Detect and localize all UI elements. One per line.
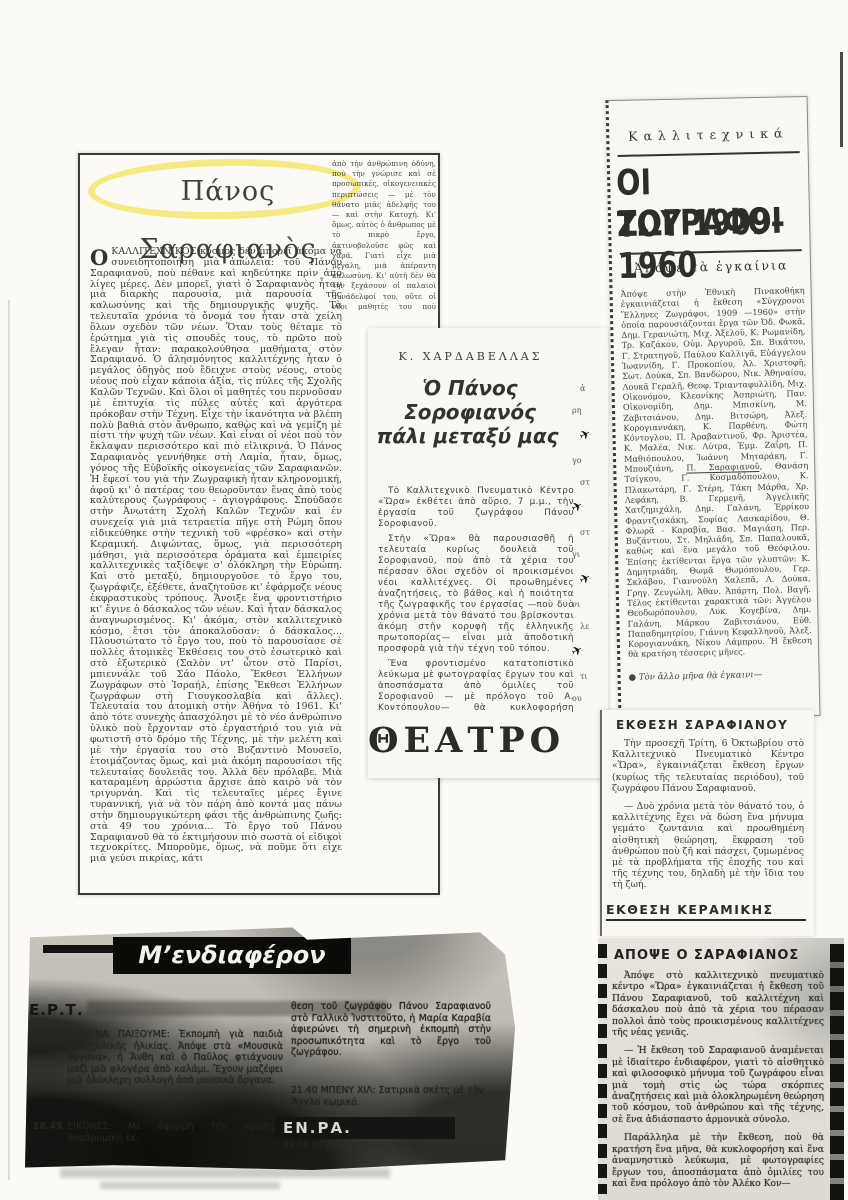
- plane-mark-icon: ✈: [577, 426, 594, 444]
- margin-fragment: στ: [580, 528, 590, 537]
- torn-dark-edge-left: [598, 944, 607, 1194]
- margin-fragment: στ: [580, 478, 590, 487]
- plane-mark-icon: ✈: [577, 570, 594, 588]
- margin-fragment: τι: [580, 672, 588, 681]
- margin-fragment: νι: [572, 600, 580, 609]
- hora-paragraph: Στὴν «Ὥρα» θὰ παρουσιασθῆ ἡ τελευταία κυ…: [378, 534, 574, 655]
- apopse-paragraph: Ἀπόψε στὸ καλλιτεχνικὸ πνευματικὸ κέντρο…: [612, 970, 824, 1038]
- obituary-column-2: ἀπὸ τὴν ἀνθρώπινη ὀδύνη, ποὺ τὴν γνώρισε…: [332, 159, 436, 311]
- apopse-paragraph: — Ἡ ἔκθεση τοῦ Σαραφιανοῦ ἀναμένεται μὲ …: [612, 1045, 824, 1125]
- scan-smudge: [60, 1168, 390, 1178]
- theatre-section-header: ΘΕΑΤΡΟ: [368, 720, 588, 778]
- apopse-body: Ἀπόψε στὸ καλλιτεχνικὸ πνευματικὸ κέντρο…: [612, 970, 824, 1194]
- rule: [618, 151, 800, 157]
- tv-listing-item: 18.05 ΕΛΑ ΝΑ ΠΑΙΞΟΥΜΕ: Ἐκπομπὴ γιὰ παιδι…: [33, 1029, 283, 1087]
- torn-dark-edge-right: [830, 944, 844, 1200]
- clipping-hora-exhibition: Κ. ΧΑΡΔΑΒΕΛΛΑΣ Ὁ Πάνος Σοροφιανός πάλι μ…: [368, 328, 608, 778]
- tv-listing-item: 18.45 ΕΙΚΟΝΕΣ: Μὲ ἀφορμὴ τὴν προσεχῆ ἀνα…: [33, 1121, 283, 1144]
- scanner-edge-line: [8, 300, 10, 1180]
- kallitexnika-kicker: Καλλιτεχνικά: [617, 125, 799, 144]
- tv-show-description: ΕΛΑ ΝΑ ΠΑΙΞΟΥΜΕ: Ἐκπομπὴ γιὰ παιδιὰ προσ…: [67, 1029, 283, 1087]
- scan-right-edge-mark: [840, 52, 843, 147]
- tv-channel-label: Ε.Ρ.Τ.: [29, 1001, 84, 1019]
- ekthesi-paragraph: — Δυὸ χρόνια μετὰ τὸν θάνατό του, ὁ καλλ…: [612, 801, 804, 891]
- tv-listing-2140: 21.40 ΜΠΕΝΥ ΧΙΛ: Σατιρικὰ σκὲτς μὲ τὸν Ἄ…: [291, 1085, 496, 1108]
- tv-time: 18.45: [33, 1121, 62, 1144]
- painters-list-after: , Θανάση Τσίγκου, Γ. Κοσμαδόπουλου, Κ. Π…: [624, 460, 812, 659]
- ekthesi-header: ΕΚΘΕΣΗ ΣΑΡΑΦΙΑΝΟΥ: [616, 718, 806, 732]
- hora-body: Τὸ Καλλιτεχνικὸ Πνευματικὸ Κέντρο «Ὥρα» …: [378, 486, 574, 712]
- scan-smudge: [100, 1182, 280, 1189]
- obituary-title-block: Πάνος Σαραφιανὸς: [94, 163, 362, 221]
- kallitexnika-body: Ἀπόψε στὴν Ἐθνικὴ Πινακοθήκη ἐγκαινιάζετ…: [620, 285, 812, 661]
- obituary-body-text: ΚΑΛΛΙΤΕΧΝΙΚΟΣ κόσμος δὲν μπορεῖ ἀκόμα νὰ…: [90, 247, 342, 864]
- tv-show-description: ΕΙΚΟΝΕΣ: Μὲ ἀφορμὴ τὴν προσεχῆ ἀναδρομικ…: [67, 1121, 283, 1144]
- ekthesi-body: Τὴν προσεχῆ Τρίτη, 6 Ὀκτωβρίου στὸ Καλλι…: [612, 738, 804, 898]
- painters-list-before: Ἀπόψε στὴν Ἐθνικὴ Πινακοθήκη ἐγκαινιάζετ…: [620, 285, 808, 474]
- obituary-column-1: ΟΚΑΛΛΙΤΕΧΝΙΚΟΣ κόσμος δὲν μπορεῖ ἀκόμα ν…: [90, 247, 342, 883]
- tv-banner-title: Μ’ενδιαφέρον: [113, 937, 351, 974]
- apopse-header: ΑΠΟΨΕ Ο ΣΑΡΑΦΙΑΝΟΣ: [614, 948, 834, 963]
- margin-fragment: λε: [580, 622, 589, 631]
- drop-cap: Ο: [90, 247, 111, 267]
- hora-paragraph: Ἕνα φροντισμένο κατατοπιστικὸ λεύκωμα μὲ…: [378, 659, 574, 712]
- scanned-page: { "document": { "kind": "Scanned press c…: [0, 0, 848, 1200]
- clipping-apopse-sarafianos: ΑΠΟΨΕ Ο ΣΑΡΑΦΙΑΝΟΣ Ἀπόψε στὸ καλλιτεχνικ…: [598, 938, 844, 1200]
- hora-paragraph: Τὸ Καλλιτεχνικὸ Πνευματικὸ Κέντρο «Ὥρα» …: [378, 486, 574, 530]
- tv-column2-continuation: θεση τοῦ ζωγράφου Πάνου Σαραφιανοῦ στὸ Γ…: [291, 1001, 491, 1059]
- margin-fragment: γο: [572, 456, 582, 465]
- clipping-kallitexnika: Καλλιτεχνικά ΟΙ ΖΩΓΡΑΦΟΙ ΤΟΥ 1909–1960 Ἀ…: [606, 96, 821, 720]
- plane-mark-icon: ✈: [569, 642, 586, 660]
- clipping-ekthesi-sarafianou: ΕΚΘΕΣΗ ΣΑΡΑΦΙΑΝΟΥ Τὴν προσεχῆ Τρίτη, 6 Ὀ…: [600, 710, 814, 936]
- margin-fragment: γι: [572, 550, 580, 559]
- hora-headline-line1: Ὁ Πάνος Σοροφιανός: [370, 376, 570, 424]
- kallitexnika-footer-note: ● Τὸν ἄλλο μῆνα θὰ ἐγκαινι—: [629, 669, 813, 683]
- plane-mark-icon: ✈: [569, 498, 586, 516]
- ekthesi-paragraph: Τὴν προσεχῆ Τρίτη, 6 Ὀκτωβρίου στὸ Καλλι…: [612, 738, 804, 794]
- margin-fragment: ἀ: [580, 384, 585, 393]
- dark-band-fragment: ΕΝ.ΡΑ.: [275, 1117, 455, 1139]
- tv-time: 18.05: [33, 1029, 62, 1087]
- tv-fragment-2300: 23.00 ΜΠΑΛΣΑΝ Γυναῖ… χρῶμα: [283, 1141, 493, 1151]
- hora-headline-line2: πάλι μεταξύ μας: [370, 424, 565, 448]
- margin-fragment: ου: [572, 694, 582, 703]
- margin-fragment: ρη: [572, 406, 582, 415]
- apopse-paragraph: Παράλληλα μὲ τὴν ἔκθεση, ποὺ θὰ κρατήση …: [612, 1132, 824, 1189]
- ceramics-exhibition-header: ΕΚΘΕΣΗ ΚΕΡΑΜΙΚΗΣ: [606, 902, 806, 921]
- clipping-tv-guide: Μ’ενδιαφέρον Ε.Ρ.Τ. 18.05 ΕΛΑ ΝΑ ΠΑΙΞΟΥΜ…: [25, 925, 520, 1170]
- hora-byline: Κ. ΧΑΡΔΑΒΕΛΛΑΣ: [368, 350, 573, 363]
